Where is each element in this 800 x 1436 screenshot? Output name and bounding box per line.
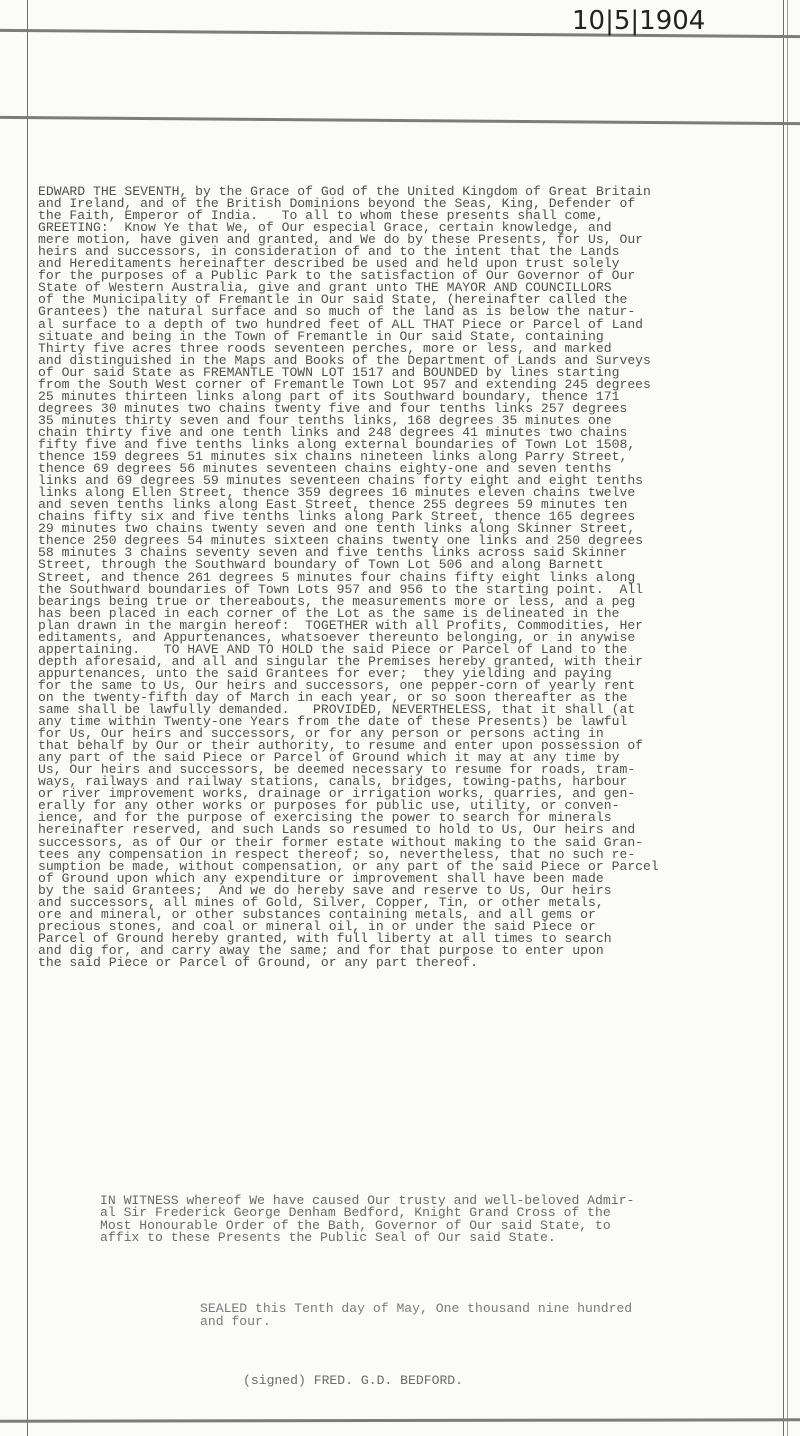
witness-clause: IN WITNESS whereof We have caused Our tr… xyxy=(100,1195,790,1244)
handwritten-date: 10|5|1904 xyxy=(572,6,705,36)
signature-line: (signed) FRED. G.D. BEDFORD. xyxy=(243,1373,463,1388)
text-line: and four. xyxy=(200,1315,632,1328)
sealed-clause: SEALED this Tenth day of May, One thousa… xyxy=(200,1302,632,1328)
text-line: affix to these Presents the Public Seal … xyxy=(100,1232,790,1244)
footer-rule xyxy=(0,1418,800,1422)
land-grant-document-page: 10|5|1904 EDWARD THE SEVENTH, by the Gra… xyxy=(0,0,800,1436)
text-line: the said Piece or Parcel of Ground, or a… xyxy=(38,957,784,969)
header-bottom-rule xyxy=(0,116,800,125)
left-margin-rule xyxy=(27,0,28,1436)
grant-body-text: EDWARD THE SEVENTH, by the Grace of God … xyxy=(38,186,784,969)
